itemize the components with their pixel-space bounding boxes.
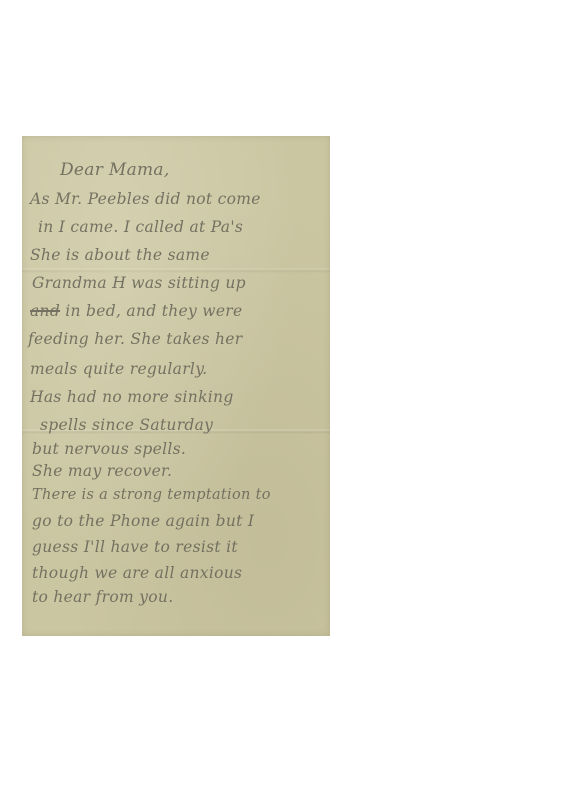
letter-page-continued	[22, 136, 330, 636]
